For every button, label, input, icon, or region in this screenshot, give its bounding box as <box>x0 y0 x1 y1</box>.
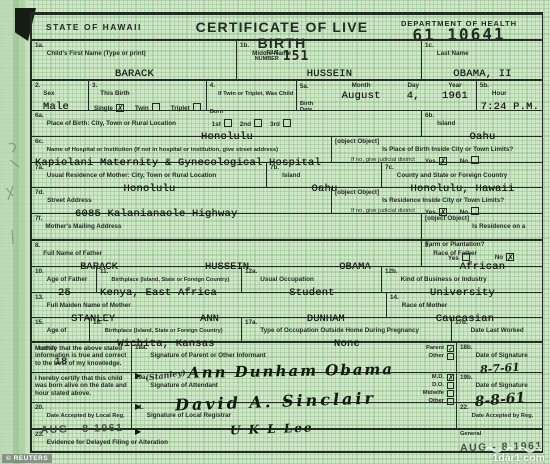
field-16-mother-birthplace: 16.Birthplace (Island, State or Foreign … <box>90 318 242 341</box>
field-5a-birth-date: 5a. Birth Date Month August Day 4, Year … <box>297 81 477 110</box>
row-street-address: 7d.Street Address 6085 Kalanianaole High… <box>32 188 542 214</box>
field-22-date-accepted-general: 22.Date Accepted by Reg. General AUG - 8… <box>457 403 545 428</box>
birth-day: Day 4, <box>392 82 434 110</box>
field-15-mother-age: 15.Age of Mother 18 <box>32 318 90 341</box>
field-4-twin-order: 4.If Twin or Triplet, Was Child Born 1st… <box>207 81 297 110</box>
pencil-mark <box>6 140 22 170</box>
row-attendant-signature: I hereby certify that this child was bor… <box>32 373 542 403</box>
field-7g-farm-plantation: [object Object]Is Residence on a Farm or… <box>422 214 542 239</box>
field-12b-father-industry: 12b.Kind of Business or Industry Univers… <box>382 267 542 292</box>
site-watermark: 1dar1.com <box>492 452 545 464</box>
row-mother-residence: 7a.Usual Residence of Mother: City, Town… <box>32 163 542 188</box>
field-17b-date-last-worked: 17b.Date Last Worked <box>452 318 542 341</box>
checkbox-do <box>447 382 454 389</box>
field-19a-attendant-signature: 19a.Signature of Attendant ▶ David A. Si… <box>132 373 457 402</box>
row-father-details: 10.Age of Father 25 11.Birthplace (Islan… <box>32 267 542 293</box>
field-value: HUSSEIN <box>240 68 419 80</box>
field-5b-hour: 5b.Hour 7:24 P.M. <box>477 81 542 110</box>
field-7f-mailing-address: 7f.Mother's Mailing Address <box>32 214 422 239</box>
field-14-mother-race: 14.Race of Mother Caucasian <box>387 293 542 317</box>
field-20-date-accepted-local: 20.Date Accepted by Local Reg. AUG - 8 1… <box>32 403 132 428</box>
checkbox-midwife <box>447 390 454 397</box>
field-number: 1a. <box>35 42 44 49</box>
field-13-mother-maiden-name: 13.Full Maiden Name of Mother STANLEY AN… <box>32 293 387 317</box>
scanned-birth-certificate: { "header": { "state": "STATE OF HAWAII"… <box>0 0 550 464</box>
field-18b-signature-date: 18b.Date of Signature 8-7-61 <box>457 343 542 372</box>
field-value: OBAMA, II <box>425 68 540 80</box>
field-1c-last-name: 1c.Last Name OBAMA, II <box>422 41 542 79</box>
row-mother-name: 13.Full Maiden Name of Mother STANLEY AN… <box>32 293 542 318</box>
row-informant-signature: I certify that the above stated informat… <box>32 343 542 373</box>
checkbox-parent: ✓ <box>447 345 454 352</box>
field-9-father-race: 9.Race of Father African <box>422 241 542 266</box>
certificate-form: STATE OF HAWAII CERTIFICATE OF LIVE BIRT… <box>30 12 543 453</box>
row-hospital: 6c.Name of Hospital or Institution (If n… <box>32 137 542 163</box>
field-23-evidence: 23.Evidence for Delayed Filing or Altera… <box>32 430 542 451</box>
field-7e-residence-limits: [object Object]Is Residence Inside City … <box>332 188 542 213</box>
row-evidence: 23.Evidence for Delayed Filing or Altera… <box>32 430 542 451</box>
field-1b-middle-name: 1b.Middle Name HUSSEIN <box>237 41 422 79</box>
field-2-sex: 2.Sex Male <box>32 81 89 110</box>
field-19b-signature-date: 19b.Date of Signature 8-8-61 <box>457 373 542 402</box>
field-18a-informant-signature: 18a.Signature of Parent or Other Informa… <box>132 343 457 372</box>
row-sex-birthdate: 2.Sex Male 3.This Birth Single✗ Twin Tri… <box>32 81 542 111</box>
field-12a-father-occupation: 12a.Usual Occupation Student <box>242 267 382 292</box>
field-value: BARACK <box>35 68 234 80</box>
pencil-mark <box>7 228 19 248</box>
field-6d-city-limits: [object Object]Is Place of Birth Inside … <box>332 137 542 162</box>
field-1a-first-name: 1a.Child's First Name (Type or print) BA… <box>32 41 237 79</box>
attendant-certification-text: I hereby certify that this child was bor… <box>32 373 132 402</box>
field-7a-residence-city: 7a.Usual Residence of Mother: City, Town… <box>32 163 267 187</box>
checkbox-other-informant <box>447 353 454 360</box>
row-father-name: 8.Full Name of Father BARACK HUSSEIN OBA… <box>32 241 542 267</box>
field-17a-occupation-pregnancy: 17a.Type of Occupation Outside Home Duri… <box>242 318 452 341</box>
birth-year: Year 1961 <box>434 82 476 110</box>
checkbox-triplet <box>193 103 201 111</box>
reuters-watermark: © REUTERS <box>2 454 52 463</box>
checkbox-twin <box>152 103 160 111</box>
pencil-mark <box>4 182 20 204</box>
field-8-father-name: 8.Full Name of Father BARACK HUSSEIN OBA… <box>32 241 422 266</box>
field-6b-island: 6b.Island Oahu <box>422 111 542 136</box>
field-7b-island: 7b.Island Oahu <box>267 163 382 187</box>
field-11-father-birthplace: 11.Birthplace (Island, State or Foreign … <box>97 267 242 292</box>
row-child-name: 1a.Child's First Name (Type or print) BA… <box>32 41 542 81</box>
informant-certification-text: I certify that the above stated informat… <box>32 343 132 372</box>
row-mailing-address: 7f.Mother's Mailing Address [object Obje… <box>32 214 542 241</box>
row-registrar: 20.Date Accepted by Local Reg. AUG - 8 1… <box>32 403 542 430</box>
state-title: STATE OF HAWAII <box>32 19 182 32</box>
birth-month: Month August <box>330 82 393 110</box>
field-7d-street-address: 7d.Street Address 6085 Kalanianaole High… <box>32 188 332 213</box>
field-6c-hospital: 6c.Name of Hospital or Institution (If n… <box>32 137 332 162</box>
field-3-this-birth: 3.This Birth Single✗ Twin Triplet <box>89 81 207 110</box>
field-21-local-registrar-signature: 21.Signature of Local Registrar ▶ U K L … <box>132 403 457 428</box>
field-6a-place-of-birth: 6a.Place of Birth: City, Town or Rural L… <box>32 111 422 136</box>
row-place-of-birth: 6a.Place of Birth: City, Town or Rural L… <box>32 111 542 137</box>
row-mother-details: 15.Age of Mother 18 16.Birthplace (Islan… <box>32 318 542 343</box>
form-header: STATE OF HAWAII CERTIFICATE OF LIVE BIRT… <box>32 15 542 41</box>
field-7c-county-state: 7c.County and State or Foreign Country H… <box>382 163 542 187</box>
field-10-father-age: 10.Age of Father 25 <box>32 267 97 292</box>
checkbox-md: ✗ <box>447 374 454 381</box>
